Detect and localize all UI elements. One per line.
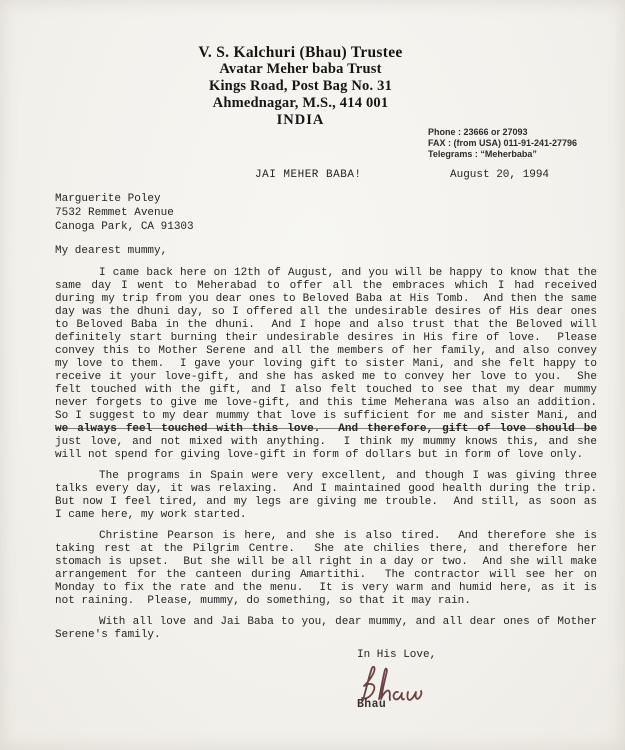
contact-telegrams: Telegrams : “Meherbaba”: [428, 149, 618, 160]
letterhead-address2: Ahmednagar, M.S., 414 001: [0, 95, 613, 112]
contact-block: Phone : 23666 or 27093 FAX : (from USA) …: [428, 127, 618, 160]
body-line: same day I went to Meherabad to offer al…: [55, 280, 597, 293]
typed-signature-name: Bhau: [357, 698, 386, 711]
body-line: just love, and not mixed with anything. …: [55, 436, 597, 449]
body-line: So I suggest to my dear mummy that love …: [55, 410, 597, 423]
contact-phone: Phone : 23666 or 27093: [428, 127, 618, 138]
body-line: stomach is upset. But she will be all ri…: [55, 556, 597, 569]
valediction: In His Love,: [357, 649, 436, 661]
letterhead-org: Avatar Meher baba Trust: [0, 61, 613, 78]
paragraph: The programs in Spain were very excellen…: [55, 470, 597, 522]
letterhead-address1: Kings Road, Post Bag No. 31: [0, 78, 613, 95]
letterhead: V. S. Kalchuri (Bhau) Trustee Avatar Meh…: [0, 44, 613, 129]
body-line: convey this to Mother Serene and all the…: [55, 345, 597, 358]
body-line: my love to them. I gave your loving gift…: [55, 358, 597, 371]
body-line: Christine Pearson is here, and she is al…: [55, 530, 597, 543]
recipient-line: Marguerite Poley: [55, 193, 194, 207]
body-line: will not spend for giving love-gift in f…: [55, 449, 597, 462]
body-line: we always feel touched with this love. A…: [55, 423, 597, 436]
body-line: never forgets to give me love-gift, and …: [55, 397, 597, 410]
letter-page: V. S. Kalchuri (Bhau) Trustee Avatar Meh…: [0, 0, 625, 750]
body-line: definitely start burning their undesirab…: [55, 332, 597, 345]
jai-meher-baba-line: JAI MEHER BABA!: [255, 169, 362, 181]
greeting-line: My dearest mummy,: [55, 245, 167, 257]
body-line: The programs in Spain were very excellen…: [55, 470, 597, 483]
letterhead-name: V. S. Kalchuri (Bhau) Trustee: [0, 44, 613, 61]
body-line: I came here, my work started.: [55, 509, 597, 522]
body-line: I came back here on 12th of August, and …: [55, 267, 597, 280]
recipient-line: Canoga Park, CA 91303: [55, 221, 194, 235]
body-line: With all love and Jai Baba to you, dear …: [55, 616, 597, 629]
body-line: Monday to fix the rate and the menu. It …: [55, 582, 597, 595]
body-line: taking rest at the Pilgrim Centre. She a…: [55, 543, 597, 556]
body-line: felt touched with the gift, and I also f…: [55, 384, 597, 397]
letter-body: I came back here on 12th of August, and …: [55, 267, 597, 650]
paragraph: I came back here on 12th of August, and …: [55, 267, 597, 462]
body-line: Serene's family.: [55, 629, 597, 642]
paragraph: With all love and Jai Baba to you, dear …: [55, 616, 597, 642]
body-line: receive it your love-gift, and she has a…: [55, 371, 597, 384]
recipient-line: 7532 Remmet Avenue: [55, 207, 194, 221]
body-line: to Beloved Baba in the dhuni. And I hope…: [55, 319, 597, 332]
body-line: arrangement for the canteen during Amart…: [55, 569, 597, 582]
body-line: But now I feel tired, and my legs are gi…: [55, 496, 597, 509]
paragraph: Christine Pearson is here, and she is al…: [55, 530, 597, 608]
recipient-block: Marguerite Poley7532 Remmet AvenueCanoga…: [55, 193, 194, 234]
body-line: during my trip from you dear ones to Bel…: [55, 293, 597, 306]
letter-date: August 20, 1994: [450, 169, 549, 181]
body-line: not raining. Please, mummy, do something…: [55, 595, 597, 608]
signature-stroke: [362, 667, 421, 700]
contact-fax: FAX : (from USA) 011-91-241-27796: [428, 138, 618, 149]
body-line: day was the dhuni day, so I offered all …: [55, 306, 597, 319]
body-line: talks every day, it was relaxing. And I …: [55, 483, 597, 496]
